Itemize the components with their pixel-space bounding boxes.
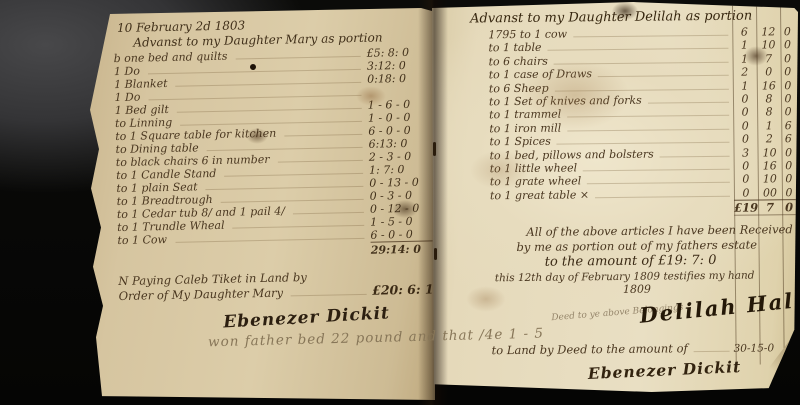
entry-item: to 1 case of Draws xyxy=(489,67,592,81)
entry-amount xyxy=(368,94,430,95)
photograph-of-ledger: 10 February 2d 1803 Advanst to my Daught… xyxy=(0,0,800,405)
total-pounds: £19 xyxy=(734,200,758,216)
shillings-cell: 10 xyxy=(758,173,782,186)
receipt-statement: All of the above articles I have been Re… xyxy=(490,222,797,295)
right-total-row: £1970 xyxy=(490,199,796,217)
pounds-cell: 0 xyxy=(733,92,757,105)
shillings-cell: 12 xyxy=(756,25,780,38)
entry-item: to 1 table xyxy=(488,41,541,55)
entry-amount: 0 - 12 - 0 xyxy=(370,201,432,215)
leader-line xyxy=(224,173,363,177)
shillings-cell: 8 xyxy=(757,92,781,105)
leader-line xyxy=(555,88,729,91)
leader-line xyxy=(660,155,730,157)
shillings-cell: 16 xyxy=(758,159,782,172)
entry-amount: 1 - 5 - 0 xyxy=(370,214,432,228)
entry-amount: 2 - 3 - 0 xyxy=(369,149,431,163)
pence-cell: 0 xyxy=(780,52,794,65)
shillings-cell: 10 xyxy=(757,146,781,159)
shillings-cell: 0 xyxy=(757,65,781,78)
entry-item: 1795 to 1 cow xyxy=(488,27,567,41)
entry-item: to 1 bed, pillows and bolsters xyxy=(489,147,653,162)
leader-line xyxy=(557,142,730,145)
leader-line xyxy=(221,199,364,203)
entry-item: to 1 Candle Stand xyxy=(116,167,217,182)
pence-cell: 0 xyxy=(780,39,794,52)
leader-line xyxy=(233,225,365,229)
pence-cell: 6 xyxy=(781,132,795,145)
pence-cell: 0 xyxy=(781,79,795,92)
entry-amount: 1: 7: 0 xyxy=(369,162,431,176)
leader-line xyxy=(598,75,729,77)
land-deed-row: to Land by Deed to the amount of 30-15-0 xyxy=(492,340,798,357)
shillings-cell: 16 xyxy=(757,79,781,92)
entry-item: to 1 Set of knives and forks xyxy=(489,94,642,109)
stitching-mark xyxy=(434,248,437,260)
shillings-cell: 2 xyxy=(757,132,781,145)
pence-cell: 0 xyxy=(782,172,796,185)
total-shillings: 7 xyxy=(758,199,782,215)
shillings-cell: 7 xyxy=(756,52,780,65)
pounds-cell: 6 xyxy=(732,26,756,39)
leader-line xyxy=(235,56,360,60)
pounds-cell: 1 xyxy=(732,52,756,65)
entry-item: to 1 iron mill xyxy=(489,121,561,135)
land-deed-amount: 30-15-0 xyxy=(734,342,798,355)
pounds-cell: 3 xyxy=(733,146,757,159)
leader-line xyxy=(583,169,730,172)
entry-item: to 6 Sheep xyxy=(489,81,549,95)
leader-line xyxy=(573,35,728,38)
shillings-cell: 1 xyxy=(757,119,781,132)
leader-line xyxy=(587,182,730,184)
land-deed-text: to Land by Deed to the amount of xyxy=(492,341,688,357)
signature-ebenezer-left: Ebenezer Dickit xyxy=(223,301,435,333)
entry-item: b one bed and quilts xyxy=(114,50,228,65)
pence-cell: 0 xyxy=(781,92,795,105)
entry-item: to 6 chairs xyxy=(489,54,548,68)
entry-amount: 6 - 0 - 0 xyxy=(368,123,430,137)
leader-line xyxy=(648,102,729,104)
pounds-cell: 0 xyxy=(733,106,757,119)
left-page-content: 10 February 2d 1803 Advanst to my Daught… xyxy=(85,4,439,331)
shillings-cell: 8 xyxy=(757,106,781,119)
pounds-cell: 0 xyxy=(733,119,757,132)
entry-item: to 1 grate wheel xyxy=(490,175,581,189)
entry-item: to 1 Spices xyxy=(489,135,551,149)
entry-item: 1 Bed gilt xyxy=(115,103,169,117)
entry-item: to 1 great table × xyxy=(490,188,589,202)
leader-line xyxy=(126,254,365,259)
shillings-cell: 00 xyxy=(758,186,782,199)
entry-amount: 0 - 13 - 0 xyxy=(369,175,431,189)
pence-cell: 0 xyxy=(781,146,795,159)
pounds-cell: 0 xyxy=(734,173,758,186)
pence-cell: 0 xyxy=(781,65,795,78)
pence-cell: 0 xyxy=(781,105,795,118)
entry-amount: 0:18: 0 xyxy=(367,71,429,85)
entry-item: to 1 little wheel xyxy=(490,161,578,175)
pounds-cell: 2 xyxy=(733,66,757,79)
leader-line xyxy=(293,212,364,214)
settlement-note: N Paying Caleb Tiket in Land by Order of… xyxy=(118,267,434,303)
leader-line xyxy=(278,160,363,163)
pounds-cell: 0 xyxy=(733,133,757,146)
total-pence: 0 xyxy=(782,199,796,215)
signature-delilah-hall: Delilah Hall xyxy=(638,287,800,328)
entry-item: to Linning xyxy=(115,116,172,130)
entry-item: 1 Blanket xyxy=(114,77,168,91)
pounds-cell: 1 xyxy=(732,39,756,52)
pounds-cell: 0 xyxy=(734,159,758,172)
left-total-amount: 29:14: 0 xyxy=(371,240,433,256)
settlement-line-2-text: Order of My Daughter Mary xyxy=(119,286,284,303)
leader-line xyxy=(284,134,362,137)
leader-line xyxy=(694,351,730,352)
shillings-cell: 10 xyxy=(756,39,780,52)
leader-line xyxy=(554,62,729,65)
entry-amount: 1 - 6 - 0 xyxy=(368,97,430,111)
entry-item: 1 Do xyxy=(114,91,140,105)
entry-amount: 3:12: 0 xyxy=(367,58,429,72)
pence-cell: 0 xyxy=(782,159,796,172)
pence-cell: 0 xyxy=(780,25,794,38)
entry-amount: 1 - 0 - 0 xyxy=(368,110,430,124)
pounds-cell: 1 xyxy=(733,79,757,92)
entry-amount: £5: 8: 0 xyxy=(366,45,428,59)
pounds-cell: 0 xyxy=(734,186,758,199)
entry-item: to 1 Cow xyxy=(117,233,167,247)
entry-amount: 6:13: 0 xyxy=(368,136,430,150)
leader-line xyxy=(496,212,730,214)
stitching-mark xyxy=(433,142,436,156)
leader-line xyxy=(291,294,366,297)
leader-line xyxy=(567,129,729,132)
leader-line xyxy=(548,48,729,51)
entry-amount: 6 - 0 - 0 xyxy=(370,227,432,241)
entry-item: to 1 Trundle Wheal xyxy=(117,219,225,234)
entry-item: 1 Do xyxy=(114,65,140,79)
leader-line xyxy=(567,115,729,118)
entry-item: to 1 trammel xyxy=(489,108,561,122)
entry-amount: 0 - 3 - 0 xyxy=(369,188,431,202)
pence-cell: 0 xyxy=(782,186,796,199)
leader-line xyxy=(595,195,730,197)
pence-cell: 6 xyxy=(781,119,795,132)
settlement-amount: £20: 6: 1 xyxy=(372,281,434,297)
